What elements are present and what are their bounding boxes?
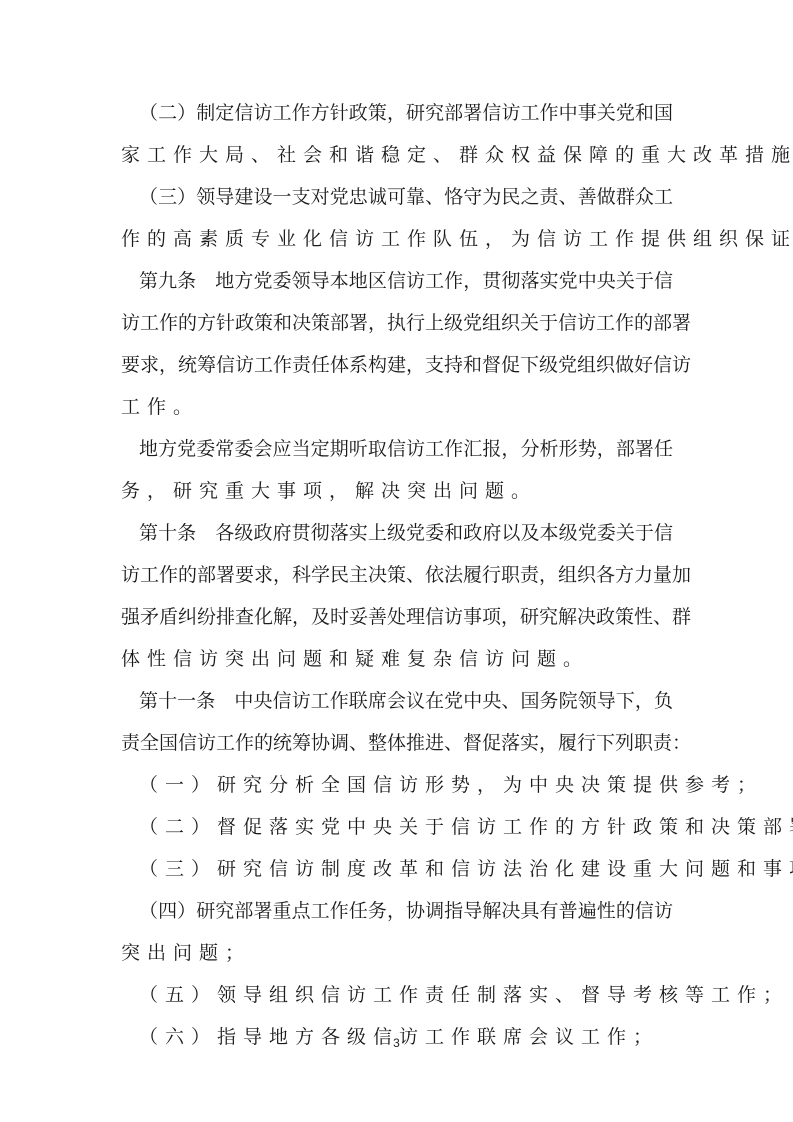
text-line: （五）领导组织信访工作责任制落实、督导考核等工作；: [121, 974, 673, 1016]
text-line: 工作。: [121, 386, 673, 428]
text-line: 体性信访突出问题和疑难复杂信访问题。: [121, 638, 673, 680]
text-line: 务，研究重大事项，解决突出问题。: [121, 470, 673, 512]
text-line: （二）制定信访工作方针政策，研究部署信访工作中事关党和国: [121, 92, 673, 134]
text-line: （二）督促落实党中央关于信访工作的方针政策和决策部署；: [121, 806, 673, 848]
text-line: 突出问题；: [121, 932, 673, 974]
text-line: 第十一条 中央信访工作联席会议在党中央、国务院领导下，负: [121, 680, 673, 722]
text-line: （四）研究部署重点工作任务，协调指导解决具有普遍性的信访: [121, 890, 673, 932]
text-line: 访工作的部署要求，科学民主决策、依法履行职责，组织各方力量加: [121, 554, 673, 596]
text-line: 家工作大局、社会和谐稳定、群众权益保障的重大改革措施；: [121, 134, 673, 176]
document-body: （二）制定信访工作方针政策，研究部署信访工作中事关党和国家工作大局、社会和谐稳定…: [121, 92, 673, 1058]
text-line: 要求，统筹信访工作责任体系构建，支持和督促下级党组织做好信访: [121, 344, 673, 386]
text-line: 责全国信访工作的统筹协调、整体推进、督促落实，履行下列职责：: [121, 722, 673, 764]
text-line: 访工作的方针政策和决策部署，执行上级党组织关于信访工作的部署: [121, 302, 673, 344]
text-line: （三）领导建设一支对党忠诚可靠、恪守为民之责、善做群众工: [121, 176, 673, 218]
text-line: （三）研究信访制度改革和信访法治化建设重大问题和事项；: [121, 848, 673, 890]
text-line: 地方党委常委会应当定期听取信访工作汇报，分析形势，部署任: [121, 428, 673, 470]
text-line: 第九条 地方党委领导本地区信访工作，贯彻落实党中央关于信: [121, 260, 673, 302]
text-line: 强矛盾纠纷排查化解，及时妥善处理信访事项，研究解决政策性、群: [121, 596, 673, 638]
text-line: 第十条 各级政府贯彻落实上级党委和政府以及本级党委关于信: [121, 512, 673, 554]
document-page: （二）制定信访工作方针政策，研究部署信访工作中事关党和国家工作大局、社会和谐稳定…: [0, 0, 793, 1122]
page-number: 3: [0, 1036, 793, 1050]
text-line: （一）研究分析全国信访形势，为中央决策提供参考；: [121, 764, 673, 806]
text-line: 作的高素质专业化信访工作队伍，为信访工作提供组织保证。: [121, 218, 673, 260]
